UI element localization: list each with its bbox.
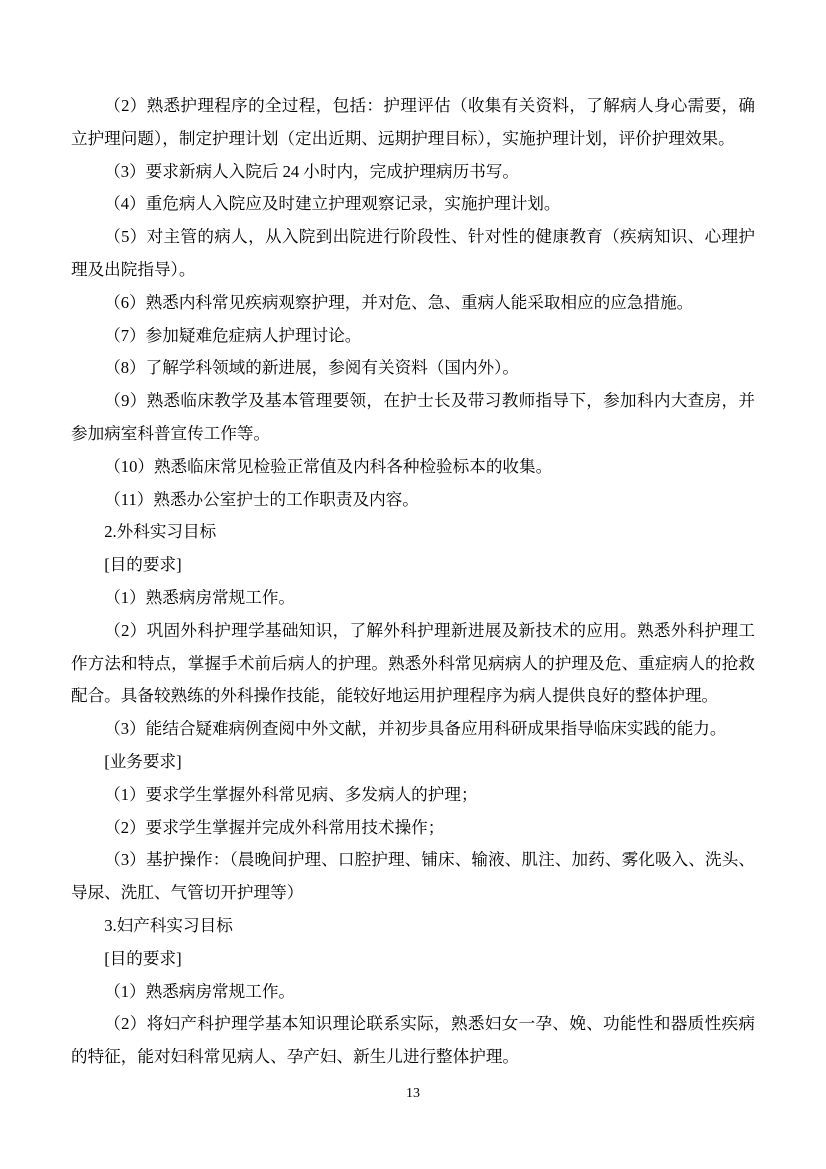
list-item-common-diseases: （1）要求学生掌握外科常见病、多发病人的护理；	[71, 779, 755, 812]
document-body: （2）熟悉护理程序的全过程，包括：护理评估（收集有关资料，了解病人身心需要，确立…	[71, 90, 755, 1074]
list-item-admission-record: （3）要求新病人入院后 24 小时内，完成护理病历书写。	[71, 156, 755, 189]
subsection-label-purpose: [目的要求]	[71, 549, 755, 582]
list-item-surgical-techniques: （2）要求学生掌握并完成外科常用技术操作；	[71, 812, 755, 845]
list-item-case-discussion: （7）参加疑难危症病人护理讨论。	[71, 320, 755, 353]
list-item-ward-routine: （1）熟悉病房常规工作。	[71, 582, 755, 615]
list-item-surgical-nursing: （2）巩固外科护理学基础知识，了解外科护理新进展及新技术的应用。熟悉外科护理工作…	[71, 615, 755, 713]
list-item-obstetric-nursing: （2）将妇产科护理学基本知识理论联系实际，熟悉妇女一孕、娩、功能性和器质性疾病的…	[71, 1008, 755, 1074]
list-item-lab-values: （10）熟悉临床常见检验正常值及内科各种检验标本的收集。	[71, 451, 755, 484]
list-item-nursing-process: （2）熟悉护理程序的全过程，包括：护理评估（收集有关资料，了解病人身心需要，确立…	[71, 90, 755, 156]
list-item-new-progress: （8）了解学科领域的新进展，参阅有关资料（国内外）。	[71, 352, 755, 385]
list-item-health-education: （5）对主管的病人，从入院到出院进行阶段性、针对性的健康教育（疾病知识、心理护理…	[71, 221, 755, 287]
list-item-clinical-teaching: （9）熟悉临床教学及基本管理要领，在护士长及带习教师指导下，参加科内大查房，并参…	[71, 385, 755, 451]
list-item-ward-routine-2: （1）熟悉病房常规工作。	[71, 976, 755, 1009]
section-heading-obstetrics: 3.妇产科实习目标	[71, 910, 755, 943]
document-page: （2）熟悉护理程序的全过程，包括：护理评估（收集有关资料，了解病人身心需要，确立…	[0, 0, 826, 1169]
page-footer: 13	[0, 1084, 826, 1103]
list-item-literature-research: （3）能结合疑难病例查阅中外文献，并初步具备应用科研成果指导临床实践的能力。	[71, 713, 755, 746]
section-heading-surgery: 2.外科实习目标	[71, 516, 755, 549]
subsection-label-business: [业务要求]	[71, 746, 755, 779]
list-item-critical-patients: （4）重危病人入院应及时建立护理观察记录，实施护理计划。	[71, 188, 755, 221]
page-number: 13	[406, 1086, 420, 1101]
list-item-internal-medicine-care: （6）熟悉内科常见疾病观察护理，并对危、急、重病人能采取相应的应急措施。	[71, 287, 755, 320]
subsection-label-purpose-2: [目的要求]	[71, 943, 755, 976]
list-item-office-nurse-duties: （11）熟悉办公室护士的工作职责及内容。	[71, 484, 755, 517]
list-item-basic-operations: （3）基护操作：（晨晚间护理、口腔护理、铺床、输液、肌注、加药、雾化吸入、洗头、…	[71, 844, 755, 910]
